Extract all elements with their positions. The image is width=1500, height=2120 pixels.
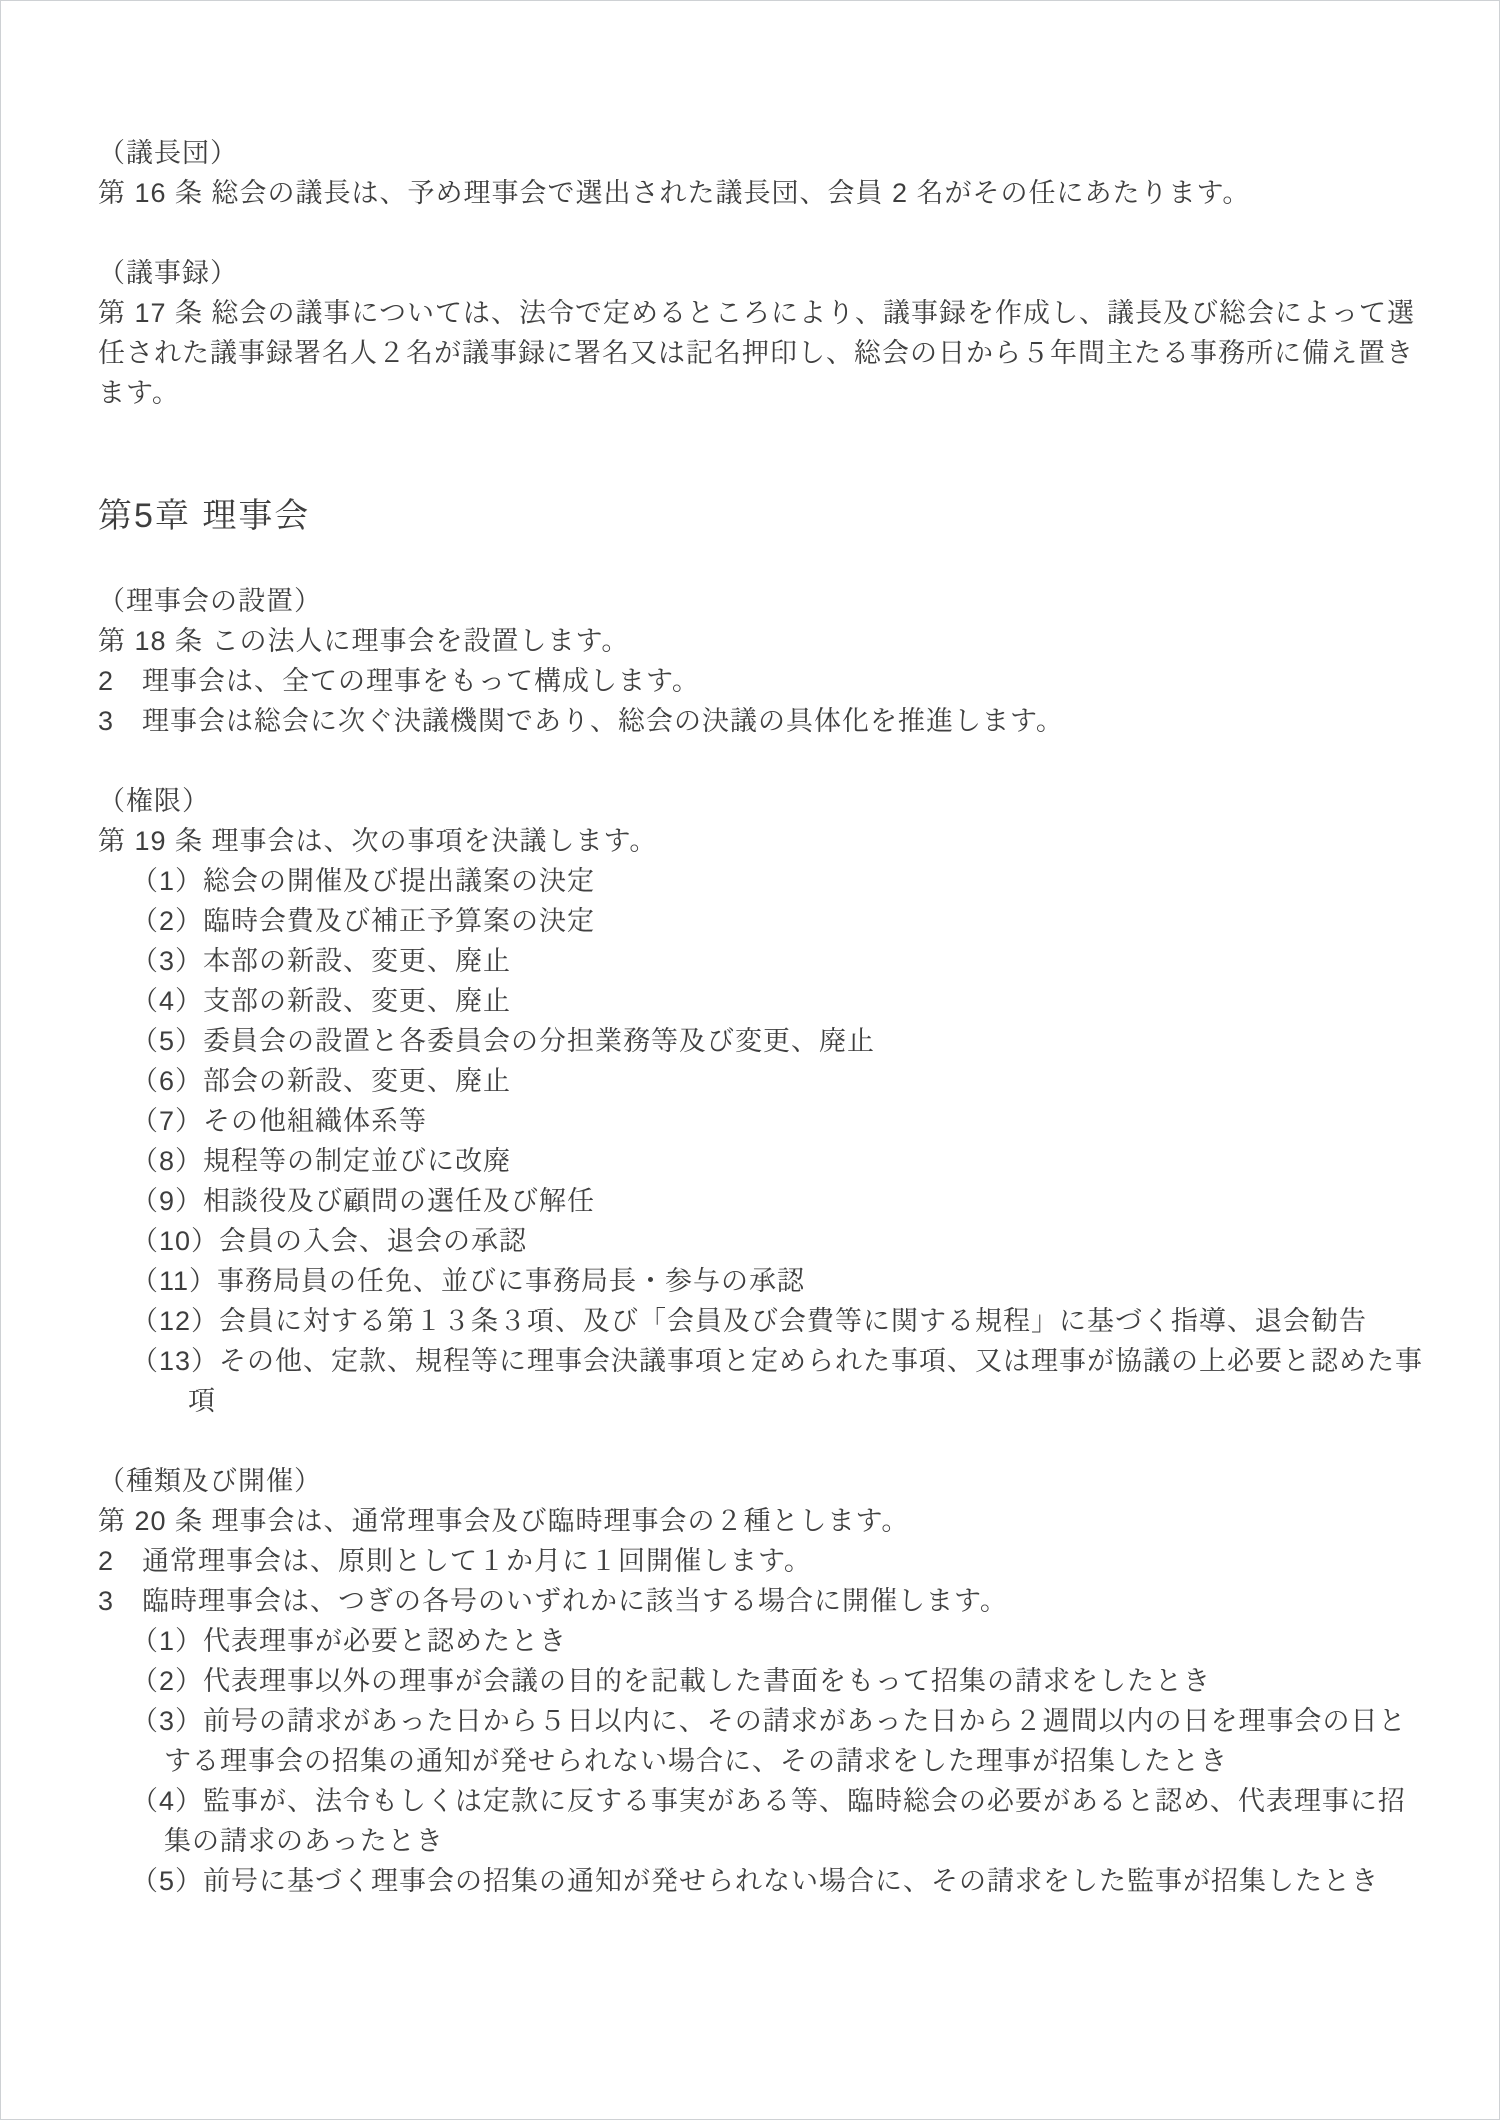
line-list-item-continuation: 項: [98, 1381, 1429, 1421]
line-text: （8）規程等の制定並びに改廃: [131, 1146, 511, 1176]
line-text: 3 理事会は総会に次ぐ決議機関であり、総会の決議の具体化を推進します。: [98, 706, 1064, 736]
line-list-item: （1）代表理事が必要と認めたとき: [98, 1621, 1429, 1661]
line-text: する理事会の招集の通知が発せられない場合に、その請求をした理事が招集したとき: [164, 1746, 1228, 1776]
line-text: 第 17 条 総会の議事については、法令で定めるところにより、議事録を作成し、議…: [98, 298, 1415, 328]
line-text: （3）本部の新設、変更、廃止: [131, 946, 511, 976]
line-text: 任された議事録署名人２名が議事録に署名又は記名押印し、総会の日から５年間主たる事…: [98, 338, 1414, 368]
line-chapter-heading: 第5章 理事会: [98, 491, 1429, 541]
line-list-item: （1）総会の開催及び提出議案の決定: [98, 861, 1429, 901]
line-text: （理事会の設置）: [98, 586, 322, 616]
line-text: （1）総会の開催及び提出議案の決定: [131, 866, 595, 896]
line-paragraph: 2 理事会は、全ての理事をもって構成します。: [98, 661, 1429, 701]
line-article-label: （議事録）: [98, 253, 1429, 293]
line-text: （12）会員に対する第１３条３項、及び「会員及び会費等に関する規程」に基づく指導…: [131, 1306, 1367, 1336]
line-text: （9）相談役及び顧問の選任及び解任: [131, 1186, 595, 1216]
line-text: 項: [188, 1386, 216, 1416]
line-text: （権限）: [98, 786, 210, 816]
line-article-label: （議長団）: [98, 133, 1429, 173]
line-article-continuation: 任された議事録署名人２名が議事録に署名又は記名押印し、総会の日から５年間主たる事…: [98, 333, 1429, 373]
line-list-item: （5）前号に基づく理事会の招集の通知が発せられない場合に、その請求をした監事が招…: [98, 1861, 1429, 1901]
line-text: （1）代表理事が必要と認めたとき: [131, 1626, 567, 1656]
line-article-continuation: ます。: [98, 373, 1429, 413]
line-text: （3）前号の請求があった日から５日以内に、その請求があった日から２週間以内の日を…: [131, 1706, 1406, 1736]
line-article-label: （理事会の設置）: [98, 581, 1429, 621]
line-list-item: （9）相談役及び顧問の選任及び解任: [98, 1181, 1429, 1221]
line-list-item-continuation: する理事会の招集の通知が発せられない場合に、その請求をした理事が招集したとき: [98, 1741, 1429, 1781]
line-list-item: （11）事務局員の任免、並びに事務局長・参与の承認: [98, 1261, 1429, 1301]
line-text: （2）臨時会費及び補正予算案の決定: [131, 906, 595, 936]
line-text: 集の請求のあったとき: [164, 1826, 444, 1856]
line-list-item: （7）その他組織体系等: [98, 1101, 1429, 1141]
line-text: 第 20 条 理事会は、通常理事会及び臨時理事会の２種とします。: [98, 1506, 909, 1536]
line-text: （10）会員の入会、退会の承認: [131, 1226, 527, 1256]
line-paragraph: 2 通常理事会は、原則として１か月に１回開催します。: [98, 1541, 1429, 1581]
line-paragraph: 3 理事会は総会に次ぐ決議機関であり、総会の決議の具体化を推進します。: [98, 701, 1429, 741]
line-paragraph: 3 臨時理事会は、つぎの各号のいずれかに該当する場合に開催します。: [98, 1581, 1429, 1621]
document-page: （議長団）第 16 条 総会の議長は、予め理事会で選出された議長団、会員 2 名…: [0, 0, 1500, 2120]
line-text: 3 臨時理事会は、つぎの各号のいずれかに該当する場合に開催します。: [98, 1586, 1008, 1616]
line-text: 2 通常理事会は、原則として１か月に１回開催します。: [98, 1546, 812, 1576]
line-text: （13）その他、定款、規程等に理事会決議事項と定められた事項、又は理事が協議の上…: [131, 1346, 1423, 1376]
line-text: 2 理事会は、全ての理事をもって構成します。: [98, 666, 700, 696]
line-article: 第 16 条 総会の議長は、予め理事会で選出された議長団、会員 2 名がその任に…: [98, 173, 1429, 213]
line-list-item-continuation: 集の請求のあったとき: [98, 1821, 1429, 1861]
line-text: （4）支部の新設、変更、廃止: [131, 986, 511, 1016]
line-text: 第 19 条 理事会は、次の事項を決議します。: [98, 826, 657, 856]
line-list-item: （8）規程等の制定並びに改廃: [98, 1141, 1429, 1181]
line-article: 第 18 条 この法人に理事会を設置します。: [98, 621, 1429, 661]
line-text: （議事録）: [98, 258, 238, 288]
line-text: ます。: [98, 378, 180, 408]
line-list-item: （6）部会の新設、変更、廃止: [98, 1061, 1429, 1101]
line-list-item: （2）代表理事以外の理事が会議の目的を記載した書面をもって招集の請求をしたとき: [98, 1661, 1429, 1701]
line-list-item: （13）その他、定款、規程等に理事会決議事項と定められた事項、又は理事が協議の上…: [98, 1341, 1429, 1381]
line-article-label: （種類及び開催）: [98, 1461, 1429, 1501]
line-article: 第 17 条 総会の議事については、法令で定めるところにより、議事録を作成し、議…: [98, 293, 1429, 333]
line-list-item: （4）支部の新設、変更、廃止: [98, 981, 1429, 1021]
line-list-item: （5）委員会の設置と各委員会の分担業務等及び変更、廃止: [98, 1021, 1429, 1061]
line-text: （5）委員会の設置と各委員会の分担業務等及び変更、廃止: [131, 1026, 875, 1056]
line-list-item: （10）会員の入会、退会の承認: [98, 1221, 1429, 1261]
line-list-item: （2）臨時会費及び補正予算案の決定: [98, 901, 1429, 941]
line-list-item: （3）前号の請求があった日から５日以内に、その請求があった日から２週間以内の日を…: [98, 1701, 1429, 1741]
line-text: 第 18 条 この法人に理事会を設置します。: [98, 626, 629, 656]
line-text: （議長団）: [98, 138, 238, 168]
line-text: （6）部会の新設、変更、廃止: [131, 1066, 511, 1096]
line-article: 第 19 条 理事会は、次の事項を決議します。: [98, 821, 1429, 861]
line-text: 第5章 理事会: [98, 497, 310, 535]
document-body: （議長団）第 16 条 総会の議長は、予め理事会で選出された議長団、会員 2 名…: [1, 1, 1499, 1901]
line-text: （5）前号に基づく理事会の招集の通知が発せられない場合に、その請求をした監事が招…: [131, 1866, 1379, 1896]
line-text: （種類及び開催）: [98, 1466, 322, 1496]
line-text: （2）代表理事以外の理事が会議の目的を記載した書面をもって招集の請求をしたとき: [131, 1666, 1211, 1696]
line-text: （7）その他組織体系等: [131, 1106, 427, 1136]
line-article-label: （権限）: [98, 781, 1429, 821]
line-text: （4）監事が、法令もしくは定款に反する事実がある等、臨時総会の必要があると認め、…: [131, 1786, 1406, 1816]
line-article: 第 20 条 理事会は、通常理事会及び臨時理事会の２種とします。: [98, 1501, 1429, 1541]
line-text: 第 16 条 総会の議長は、予め理事会で選出された議長団、会員 2 名がその任に…: [98, 178, 1250, 208]
line-list-item: （12）会員に対する第１３条３項、及び「会員及び会費等に関する規程」に基づく指導…: [98, 1301, 1429, 1341]
line-list-item: （3）本部の新設、変更、廃止: [98, 941, 1429, 981]
line-list-item: （4）監事が、法令もしくは定款に反する事実がある等、臨時総会の必要があると認め、…: [98, 1781, 1429, 1821]
line-text: （11）事務局員の任免、並びに事務局長・参与の承認: [131, 1266, 805, 1296]
